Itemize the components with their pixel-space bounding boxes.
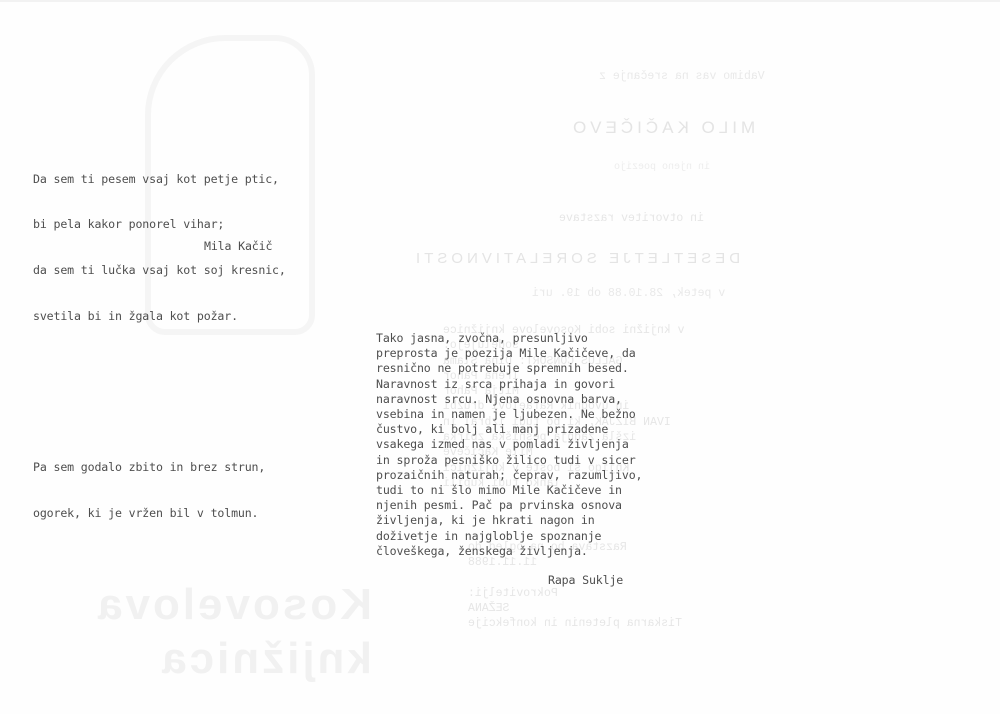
poem-line: ogorek, ki je vržen bil v tolmun.: [33, 506, 286, 521]
essay-line: življenja, ki je hkrati nagon in: [376, 513, 642, 528]
poem-line: da sem ti lučka vsaj kot soj kresnic,: [33, 263, 286, 278]
bleed-through-line: in otvoritev razstave: [559, 212, 704, 225]
poem: Da sem ti pesem vsaj kot petje ptic, bi …: [33, 111, 286, 582]
essay-line: čustvo, ki bolj ali manj prizadene: [376, 422, 642, 437]
bleed-through-title: MILO KAČIČEVO: [569, 118, 755, 138]
stanza-gap: [33, 385, 286, 400]
poem-line: Pa sem godalo zbito in brez strun,: [33, 460, 286, 475]
essay-line: človeškega, ženskega življenja.: [376, 544, 642, 559]
bleed-through-date: v petek, 28.10.88 ob 19. uri: [532, 287, 725, 300]
poem-author: Mila Kačič: [204, 239, 272, 254]
essay: Tako jasna, zvočna, presunljivopreprosta…: [376, 331, 642, 559]
essay-line: preprosta je poezija Mile Kačičeve, da: [376, 346, 642, 361]
essay-line: vsakega izmed nas v pomladi življenja: [376, 437, 642, 452]
bleed-through-big-line: Kosovelova: [95, 578, 372, 632]
essay-line: tudi to ni šlo mimo Mile Kačičeve in: [376, 483, 642, 498]
essay-line: Naravnost iz srca prihaja in govori: [376, 377, 642, 392]
essay-line: Tako jasna, zvočna, presunljivo: [376, 331, 642, 346]
bleed-through-big-line: knjižnica: [95, 632, 372, 686]
bleed-through-library-name: Kosovelovaknjižnica: [95, 578, 372, 686]
poem-stanza-2: Pa sem godalo zbito in brez strun, ogore…: [33, 430, 286, 552]
essay-line: naravnost srcu. Njena osnovna barva,: [376, 392, 642, 407]
essay-line: njenih pesmi. Pač pa prvinska osnova: [376, 498, 642, 513]
poem-line: Da sem ti pesem vsaj kot petje ptic,: [33, 172, 286, 187]
poem-line: svetila bi in žgala kot požar.: [33, 309, 286, 324]
essay-line: in sproža pesniško žilico tudi v sicer: [376, 453, 642, 468]
bleed-through-exhibition-title: DESETLETJE SORELATIVNOSTI: [412, 250, 740, 267]
essay-line: resnično ne potrebuje spremnih besed.: [376, 361, 642, 376]
bleed-through-subtitle: in njeno poezijo: [614, 162, 710, 173]
essay-line: prozaičnih naturah; čeprav, razumljivo,: [376, 468, 642, 483]
bleed-through-invite: Vabimo vas na srečanje z: [599, 70, 765, 83]
scanned-page: Vabimo vas na srečanje z MILO KAČIČEVO i…: [0, 0, 1000, 714]
essay-line: vsebina in namen je ljubezen. Ne bežno: [376, 407, 642, 422]
bleed-through-line: SEŽANA: [468, 601, 682, 616]
essay-line: doživetje in najgloblje spoznanje: [376, 529, 642, 544]
essay-author: Rapa Suklje: [548, 573, 623, 588]
page-top-edge: [0, 0, 1000, 2]
bleed-through-line: Tiskarna pletenin in konfekcije: [468, 616, 682, 631]
poem-line: bi pela kakor ponorel vihar;: [33, 217, 286, 232]
